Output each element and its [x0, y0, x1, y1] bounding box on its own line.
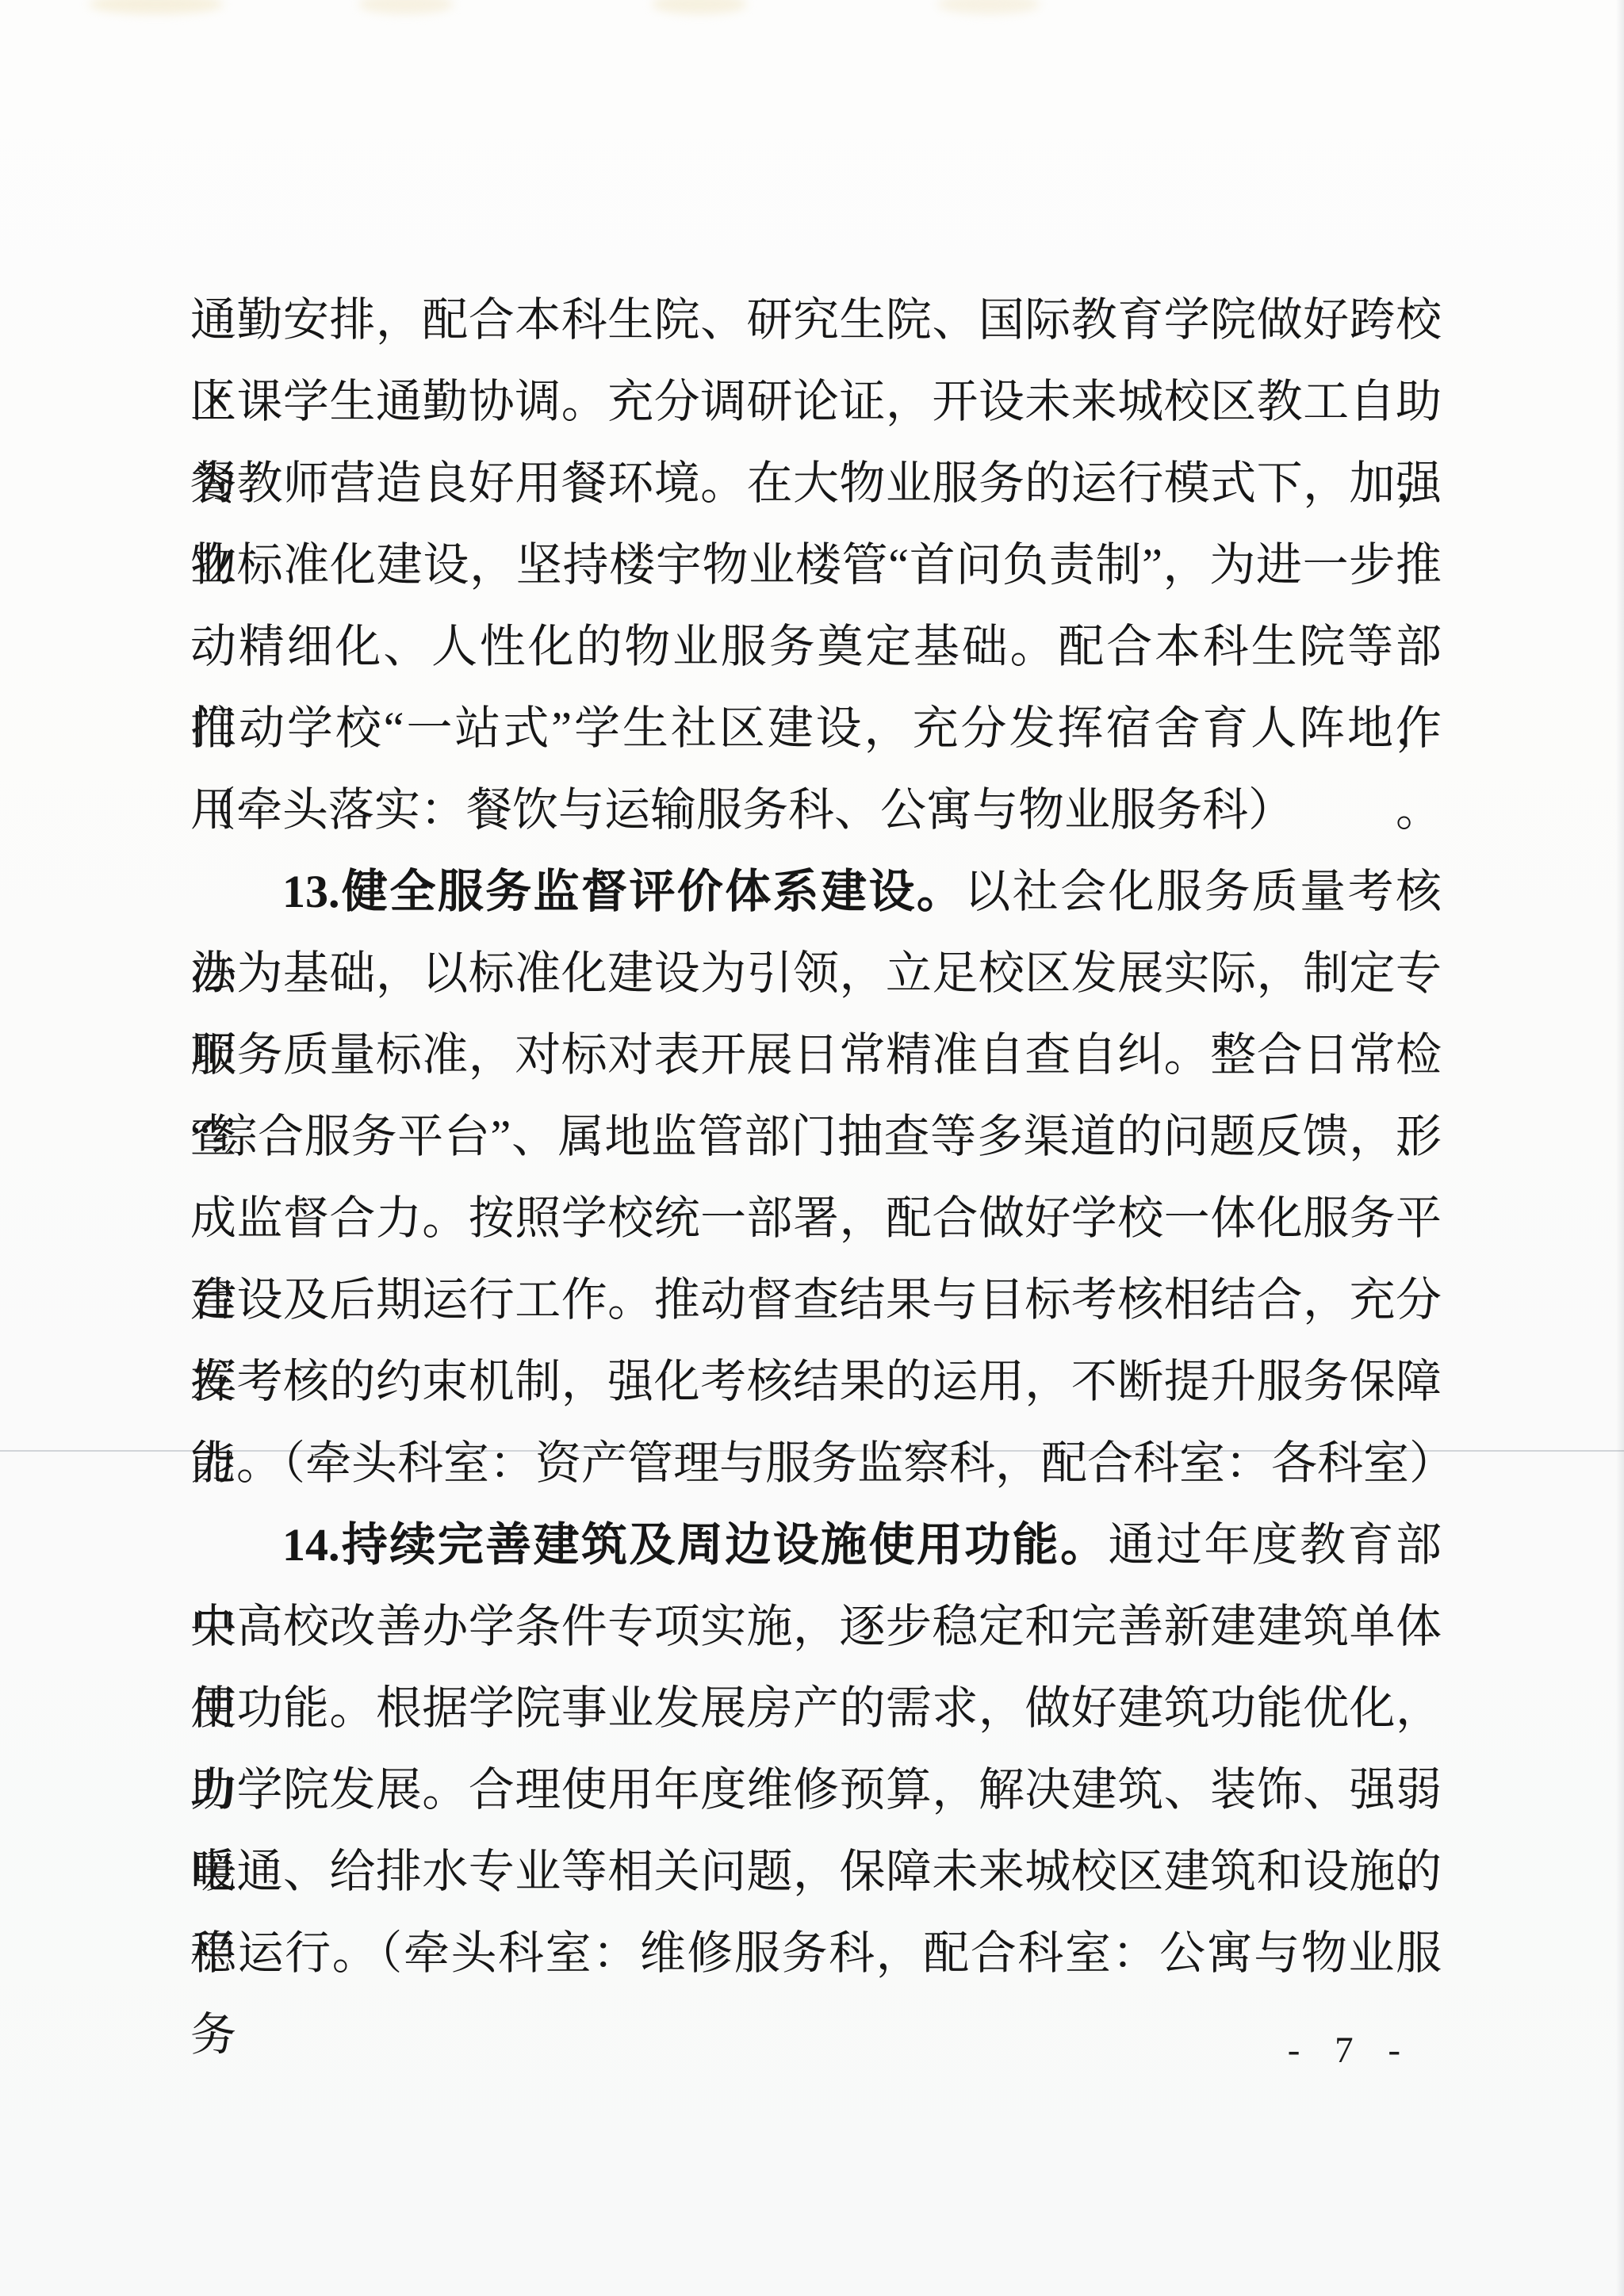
section-heading-14: 14.持续完善建筑及周边设施使用功能。	[282, 1519, 1109, 1571]
text-line: 业标准化建设，坚持楼宇物业楼管“首问负责制”，为进一步推	[190, 524, 1442, 606]
scan-smudge	[937, 0, 1040, 14]
text-line: 上课学生通勤协调。充分调研论证，开设未来城校区教工自助餐，	[190, 361, 1442, 442]
text-line-lead-unit: （牵头落实：餐饮与运输服务科、公寓与物业服务科）	[190, 769, 1442, 851]
text-line: 通勤安排，配合本科生院、研究生院、国际教育学院做好跨校区	[190, 279, 1442, 361]
scan-edge-shade	[1616, 0, 1624, 2296]
text-line: 力学院发展。合理使用年度维修预算，解决建筑、装饰、强弱电、	[190, 1749, 1442, 1831]
text-line: 动精细化、人性化的物业服务奠定基础。配合本科生院等部门，	[190, 606, 1442, 687]
text-line: 暖通、给排水专业等相关问题，保障未来城校区建筑和设施的平	[190, 1831, 1442, 1912]
section-heading-13: 13.健全服务监督评价体系建设。	[282, 866, 964, 917]
text-line: 用功能。根据学院事业发展房产的需求，做好建筑功能优化，助	[190, 1667, 1442, 1749]
text-line: 服务质量标准，对标对表开展日常精准自查自纠。整合日常检查、	[190, 1014, 1442, 1096]
page-number: - 7 -	[1288, 2028, 1413, 2072]
text-line: “综合服务平台”、属地监管部门抽查等多渠道的问题反馈，形	[190, 1096, 1442, 1177]
scan-smudge	[89, 0, 224, 14]
text-line: 央高校改善办学条件专项实施，逐步稳定和完善新建建筑单体使	[190, 1586, 1442, 1667]
body-text: 通勤安排，配合本科生院、研究生院、国际教育学院做好跨校区 上课学生通勤协调。充分…	[190, 279, 1442, 1994]
section-heading-13-line: 13.健全服务监督评价体系建设。以社会化服务质量考核办	[190, 851, 1442, 932]
text-line: 成监督合力。按照学校统一部署，配合做好学校一体化服务平台	[190, 1177, 1442, 1259]
scan-smudge	[358, 0, 454, 14]
text-line: 法为基础，以标准化建设为引领，立足校区发展实际，制定专项	[190, 932, 1442, 1014]
text-line: 建设及后期运行工作。推动督查结果与目标考核相结合，充分发	[190, 1259, 1442, 1341]
text-line-lead-unit: 力。（牵头科室：资产管理与服务监察科，配合科室：各科室）	[190, 1422, 1442, 1504]
section-heading-14-line: 14.持续完善建筑及周边设施使用功能。通过年度教育部中	[190, 1504, 1442, 1586]
text-line: 推动学校“一站式”学生社区建设，充分发挥宿舍育人阵地作用。	[190, 687, 1442, 769]
text-line: 为教师营造良好用餐环境。在大物业服务的运行模式下，加强物	[190, 442, 1442, 524]
document-page: 通勤安排，配合本科生院、研究生院、国际教育学院做好跨校区 上课学生通勤协调。充分…	[0, 0, 1624, 2296]
text-line: 稳运行。（牵头科室：维修服务科，配合科室：公寓与物业服务	[190, 1912, 1442, 1994]
scan-smudge	[652, 0, 747, 14]
text-line: 挥考核的约束机制，强化考核结果的运用，不断提升服务保障能	[190, 1341, 1442, 1422]
